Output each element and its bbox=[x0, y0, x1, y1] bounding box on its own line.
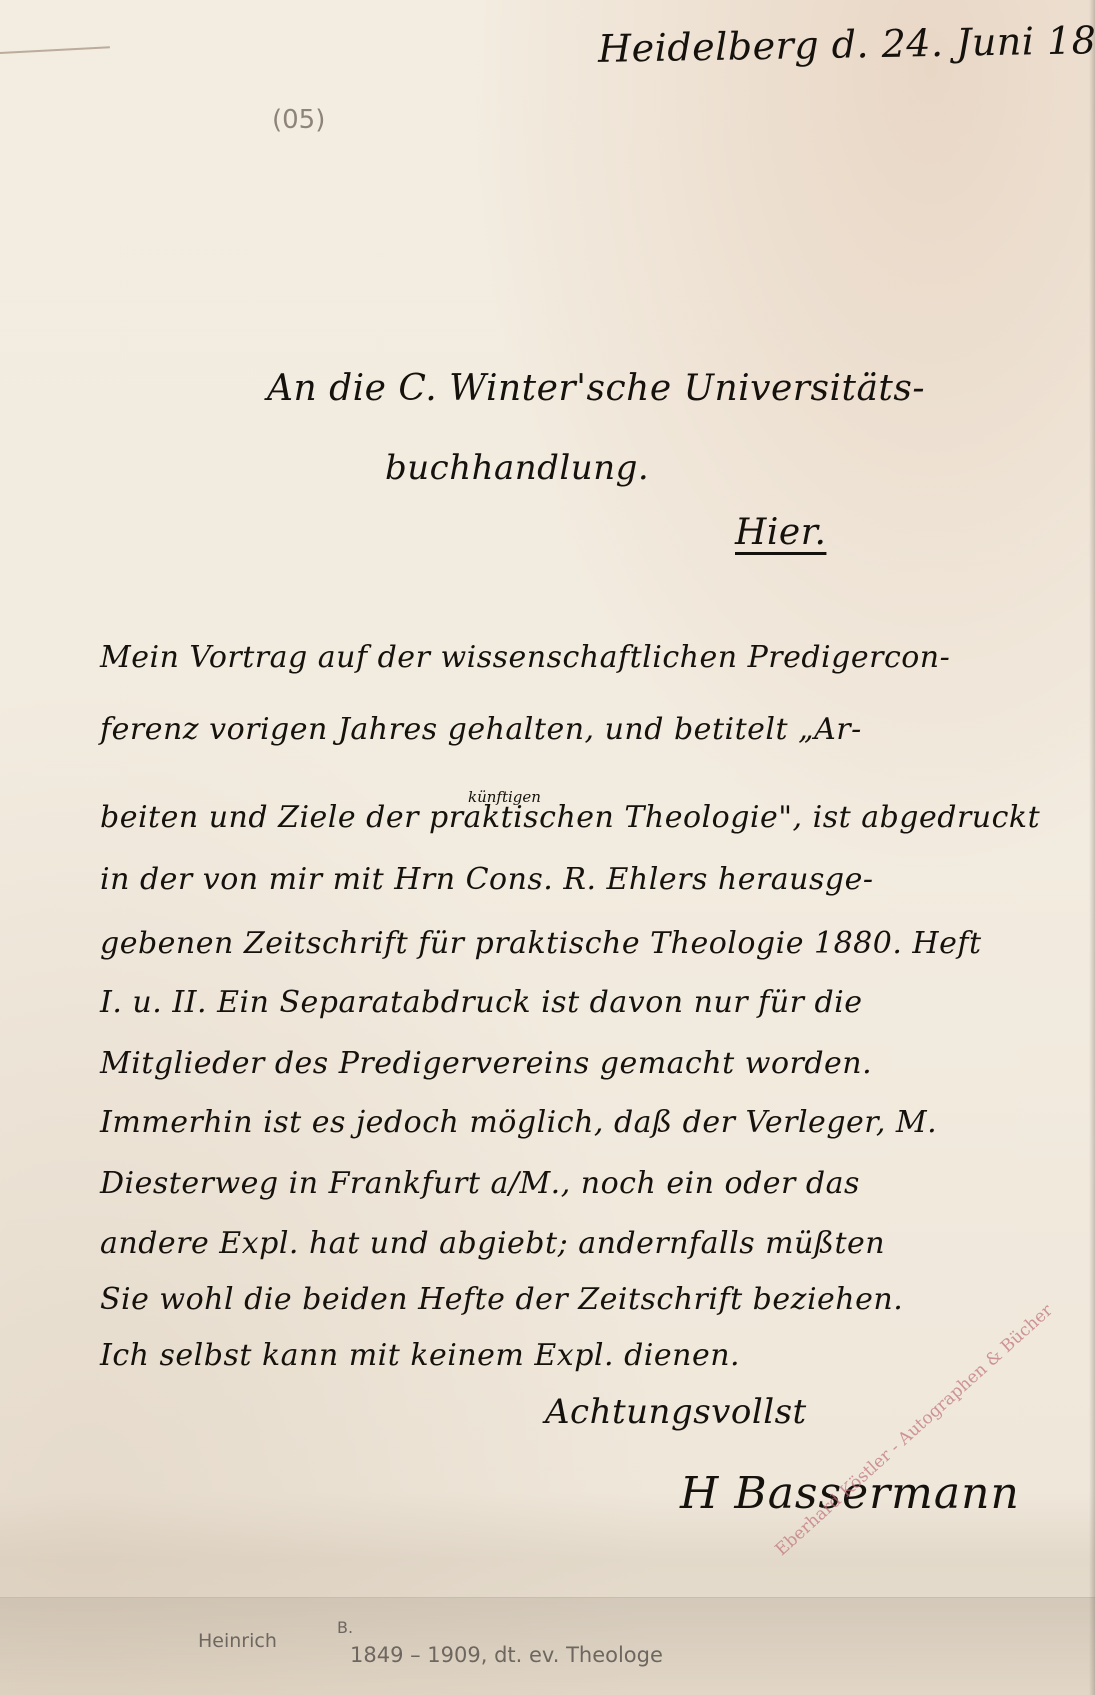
body-line: Mein Vortrag auf der wissenschaftlichen … bbox=[100, 640, 950, 675]
pencil-annotation-name: Heinrich bbox=[198, 1630, 277, 1652]
body-line: I. u. II. Ein Separatabdruck ist davon n… bbox=[100, 985, 863, 1020]
body-line: Sie wohl die beiden Hefte der Zeitschrif… bbox=[100, 1282, 903, 1317]
page-edge-shadow bbox=[1089, 0, 1095, 1695]
body-line: Immerhin ist es jedoch möglich, daß der … bbox=[100, 1105, 937, 1140]
letter-sheet: Heidelberg d. 24. Juni 1880. (05) An die… bbox=[0, 0, 1095, 1695]
body-line: Diesterweg in Frankfurt a/M., noch ein o… bbox=[100, 1166, 860, 1201]
address-line-3: Hier. bbox=[735, 512, 826, 553]
archive-mark: (05) bbox=[272, 105, 325, 135]
pencil-annotation-initial: B. bbox=[337, 1618, 353, 1637]
address-line-1: An die C. Winter'sche Universitäts- bbox=[267, 368, 925, 409]
pencil-annotation-dates: 1849 – 1909, dt. ev. Theologe bbox=[350, 1643, 663, 1667]
body-line: Ich selbst kann mit keinem Expl. dienen. bbox=[100, 1338, 740, 1373]
body-line: in der von mir mit Hrn Cons. R. Ehlers h… bbox=[100, 862, 874, 897]
body-line: gebenen Zeitschrift für praktische Theol… bbox=[100, 926, 982, 961]
dateline: Heidelberg d. 24. Juni 1880. bbox=[598, 17, 1095, 71]
paper-crease bbox=[0, 46, 110, 54]
address-line-2: buchhandlung. bbox=[385, 448, 649, 488]
body-line: Mitglieder des Predigervereins gemacht w… bbox=[100, 1046, 872, 1081]
body-line: ferenz vorigen Jahres gehalten, und beti… bbox=[100, 712, 862, 747]
body-line: beiten und Ziele der praktischen Theolog… bbox=[100, 800, 1040, 835]
body-line: andere Expl. hat und abgiebt; andernfall… bbox=[100, 1226, 885, 1261]
dealer-watermark: Eberhard Köstler - Autographen & Bücher bbox=[772, 1301, 1057, 1560]
closing-phrase: Achtungsvollst bbox=[545, 1392, 807, 1432]
